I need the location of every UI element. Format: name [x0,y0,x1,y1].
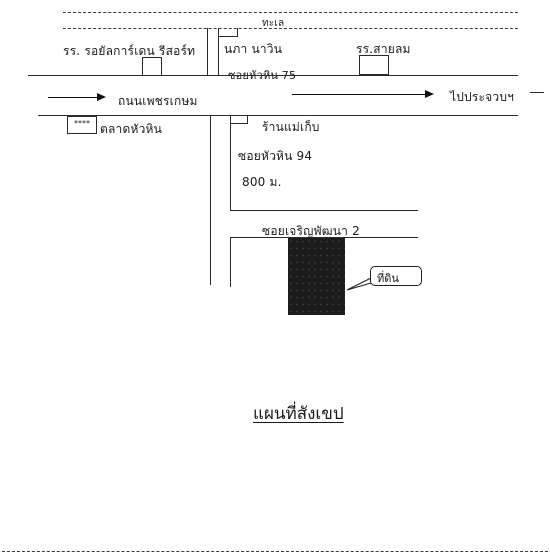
sai-lom-building [359,55,389,75]
soi-94-bottom-edge [230,210,418,211]
land-plot [288,238,345,315]
market-building: **** [67,116,97,134]
royal-garden-building [142,57,162,76]
landmark-mae-kep: ร้านแม่เก็บ [262,118,320,137]
road-dash-right [530,92,544,93]
sea-line-top [63,12,518,13]
soi-94-west-edge [210,115,211,285]
main-road-south-edge [38,115,518,116]
landmark-napa-varin: นภา นาวิน [224,40,282,59]
plot-label: ที่ดิน [377,272,399,285]
main-road-label: ถนนเพชรเกษม [118,92,198,111]
market-symbol: **** [74,119,90,128]
direction-arrow-left [48,97,104,98]
direction-label: ไปประจวบฯ [450,88,514,107]
mae-kep-building [230,115,248,124]
napa-varin-building [218,28,238,37]
distance-label: 800 ม. [242,173,282,192]
road-soi-94: ซอยหัวหิน 94 [238,147,312,166]
plot-callout: ที่ดิน [370,266,422,286]
main-road-north-edge [28,75,518,76]
direction-arrow-right [292,94,432,95]
landmark-market: ตลาดหัวหิน [100,120,162,139]
soi-charoen-west-edge [230,237,231,287]
bottom-border [2,551,548,552]
soi-94-east-edge [230,115,231,210]
landmark-royal-garden: รร. รอยัลการ์เดน รีสอร์ท [63,42,195,61]
map-title: แผนที่สังเขป [253,400,344,427]
sea-line-shore [63,28,518,29]
block-left-edge [207,28,208,76]
